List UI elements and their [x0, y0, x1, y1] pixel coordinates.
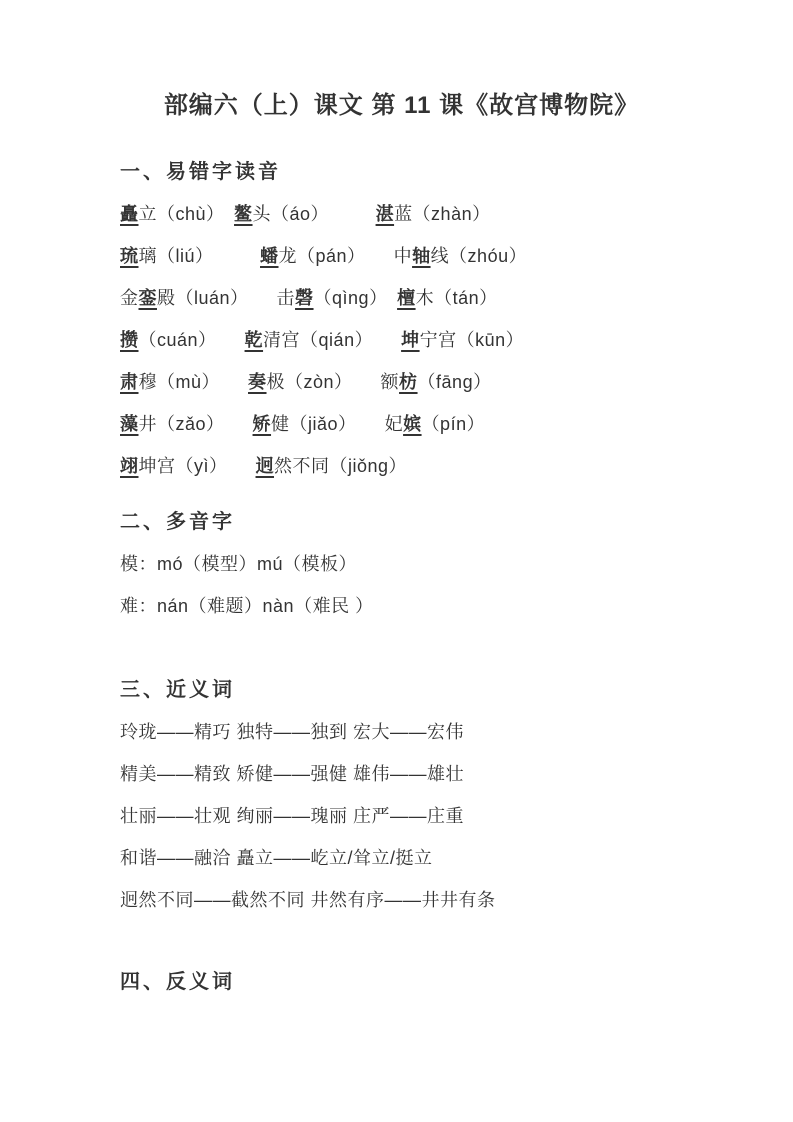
text-line: 玲珑——精巧 独特——独到 宏大——宏伟 [120, 711, 683, 753]
text-run: 坤宫（yì） [139, 456, 256, 476]
emphasized-char: 嫔 [403, 414, 422, 434]
text-run: 模：mó（模型）mú（模板） [120, 554, 357, 574]
emphasized-char: 矗 [120, 204, 139, 224]
text-run: （pín） [422, 414, 486, 434]
text-run: 妃 [385, 414, 404, 434]
text-run: 然不同（jiǒng） [274, 456, 407, 476]
text-run: 殿（luán） [157, 288, 277, 308]
text-run: 迥然不同——截然不同 井然有序——井井有条 [120, 890, 496, 910]
emphasized-char: 坤 [401, 330, 420, 350]
text-run: 难：nán（难题）nàn（难民 ） [120, 596, 374, 616]
emphasized-char: 轴 [412, 246, 431, 266]
text-line: 迥然不同——截然不同 井然有序——井井有条 [120, 879, 683, 921]
text-run: 穆（mù） [139, 372, 249, 392]
text-line: 和谐——融洽 矗立——屹立/耸立/挺立 [120, 837, 683, 879]
emphasized-char: 湛 [376, 204, 395, 224]
text-run: 中 [394, 246, 413, 266]
text-run: （cuán） [139, 330, 245, 350]
text-run: 立（chù） [139, 204, 235, 224]
text-line: 攒（cuán） 乾清宫（qián） 坤宁宫（kūn） [120, 319, 683, 361]
text-run: （fāng） [418, 372, 492, 392]
text-run: 金 [120, 288, 139, 308]
text-line: 藻井（zǎo） 矫健（jiǎo） 妃嫔（pín） [120, 403, 683, 445]
text-run: 头（áo） [253, 204, 376, 224]
emphasized-char: 檀 [397, 288, 416, 308]
text-line: 精美——精致 矫健——强健 雄伟——雄壮 [120, 753, 683, 795]
text-run: 精美——精致 矫健——强健 雄伟——雄壮 [120, 764, 464, 784]
text-run: 龙（pán） [279, 246, 394, 266]
emphasized-char: 蟠 [260, 246, 279, 266]
section-heading-pronunciations: 一、易错字读音 [120, 151, 683, 193]
text-run: 击 [277, 288, 296, 308]
emphasized-char: 琉 [120, 246, 139, 266]
text-run: 额 [381, 372, 400, 392]
text-run: 清宫（qián） [263, 330, 401, 350]
section-body-synonyms: 玲珑——精巧 独特——独到 宏大——宏伟精美——精致 矫健——强健 雄伟——雄壮… [120, 711, 683, 921]
text-line: 矗立（chù） 鳌头（áo） 湛蓝（zhàn） [120, 193, 683, 235]
text-run: 和谐——融洽 矗立——屹立/耸立/挺立 [120, 848, 433, 868]
text-run: 壮丽——壮观 绚丽——瑰丽 庄严——庄重 [120, 806, 464, 826]
text-run: 线（zhóu） [431, 246, 528, 266]
text-run: 井（zǎo） [139, 414, 253, 434]
section-easily-misread-pronunciations: 一、易错字读音 矗立（chù） 鳌头（áo） 湛蓝（zhàn）琉璃（liú） 蟠… [120, 151, 683, 487]
section-polyphonic-characters: 二、多音字 模：mó（模型）mú（模板）难：nán（难题）nàn（难民 ） [120, 501, 683, 627]
section-antonyms: 四、反义词 [120, 961, 683, 1003]
text-line: 肃穆（mù） 奏极（zòn） 额枋（fāng） [120, 361, 683, 403]
emphasized-char: 肃 [120, 372, 139, 392]
section-heading-synonyms: 三、近义词 [120, 669, 683, 711]
document-page: 部编六（上）课文 第 11 课《故宫博物院》 一、易错字读音 矗立（chù） 鳌… [0, 0, 793, 1122]
emphasized-char: 銮 [139, 288, 158, 308]
section-synonyms: 三、近义词 玲珑——精巧 独特——独到 宏大——宏伟精美——精致 矫健——强健 … [120, 669, 683, 921]
text-run: 玲珑——精巧 独特——独到 宏大——宏伟 [120, 722, 464, 742]
emphasized-char: 枋 [399, 372, 418, 392]
text-run: 宁宫（kūn） [420, 330, 525, 350]
text-line: 难：nán（难题）nàn（难民 ） [120, 585, 683, 627]
section-heading-antonyms: 四、反义词 [120, 961, 683, 1003]
emphasized-char: 矫 [253, 414, 272, 434]
section-body-pronunciations: 矗立（chù） 鳌头（áo） 湛蓝（zhàn）琉璃（liú） 蟠龙（pán） 中… [120, 193, 683, 487]
text-line: 翊坤宫（yì） 迥然不同（jiǒng） [120, 445, 683, 487]
emphasized-char: 奏 [248, 372, 267, 392]
emphasized-char: 藻 [120, 414, 139, 434]
emphasized-char: 乾 [245, 330, 264, 350]
text-line: 琉璃（liú） 蟠龙（pán） 中轴线（zhóu） [120, 235, 683, 277]
text-line: 模：mó（模型）mú（模板） [120, 543, 683, 585]
emphasized-char: 磬 [295, 288, 314, 308]
emphasized-char: 攒 [120, 330, 139, 350]
text-run: 木（tán） [416, 288, 498, 308]
text-line: 金銮殿（luán） 击磬（qìng） 檀木（tán） [120, 277, 683, 319]
emphasized-char: 迥 [256, 456, 275, 476]
text-run: 蓝（zhàn） [394, 204, 491, 224]
text-run: 极（zòn） [267, 372, 381, 392]
text-run: （qìng） [314, 288, 398, 308]
section-heading-polyphones: 二、多音字 [120, 501, 683, 543]
emphasized-char: 鳌 [234, 204, 253, 224]
emphasized-char: 翊 [120, 456, 139, 476]
document-title: 部编六（上）课文 第 11 课《故宫博物院》 [120, 88, 683, 124]
text-run: 健（jiǎo） [271, 414, 385, 434]
text-run: 璃（liú） [139, 246, 261, 266]
section-body-polyphones: 模：mó（模型）mú（模板）难：nán（难题）nàn（难民 ） [120, 543, 683, 627]
text-line: 壮丽——壮观 绚丽——瑰丽 庄严——庄重 [120, 795, 683, 837]
